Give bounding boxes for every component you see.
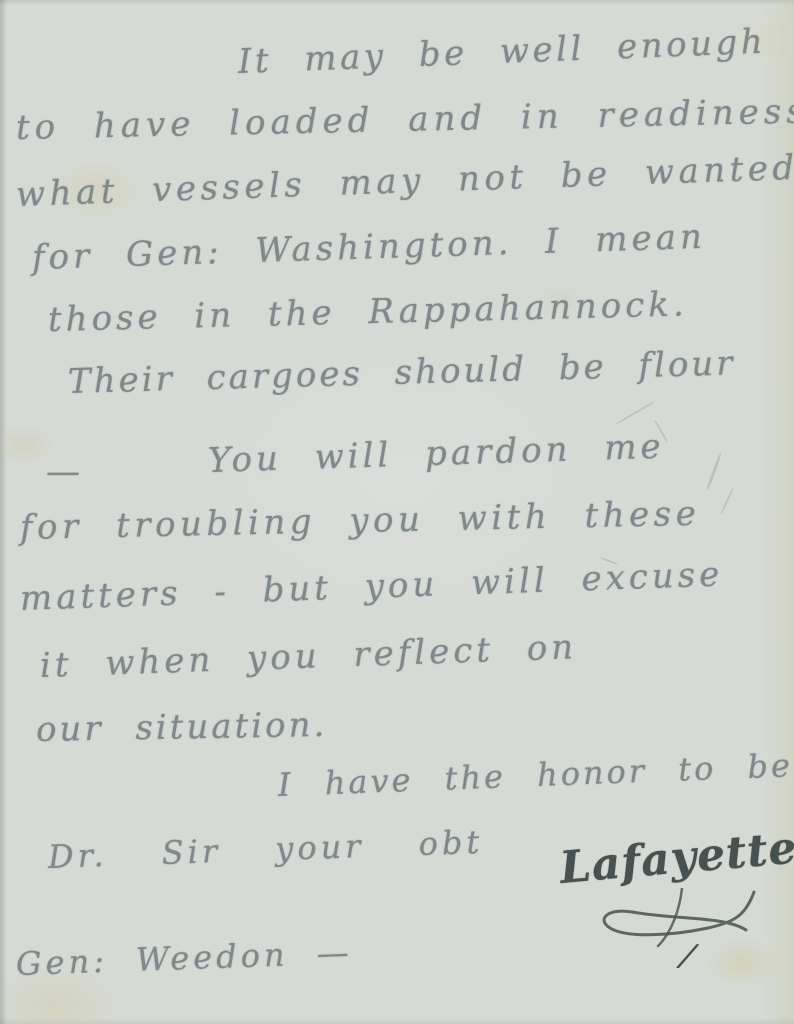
letter-line: our situation. bbox=[36, 705, 328, 750]
lafayette-signature: Lafayette bbox=[558, 822, 794, 894]
ink-offset-smudge bbox=[720, 487, 734, 515]
letter-line: for Gen: Washington. I mean bbox=[31, 217, 706, 278]
letter-line: You will pardon me bbox=[207, 427, 665, 481]
paragraph-dash: — bbox=[46, 452, 80, 492]
letter-line: to have loaded and in readiness bbox=[16, 91, 794, 148]
letter-page: It may be well enough to have loaded and… bbox=[0, 0, 794, 1024]
closing-line: I have the honor to be bbox=[277, 746, 793, 804]
letter-line: Their cargoes should be flour bbox=[67, 343, 736, 402]
ink-offset-smudge bbox=[706, 452, 722, 491]
salutation-closing-line: Dr. Sir your obt bbox=[47, 823, 483, 876]
letter-line: for troubling you with these bbox=[20, 494, 701, 548]
letter-line: matters - but you will excuse bbox=[19, 554, 724, 619]
ink-offset-smudge bbox=[615, 401, 656, 426]
letter-line: it when you reflect on bbox=[39, 627, 577, 686]
letter-line: It may be well enough bbox=[237, 22, 767, 82]
letter-line: what vessels may not be wanted bbox=[15, 148, 794, 215]
addressee-line: Gen: Weedon — bbox=[15, 933, 353, 983]
letter-line: those in the Rappahannock. bbox=[48, 284, 689, 340]
signature-flourish-paraph bbox=[586, 888, 762, 960]
